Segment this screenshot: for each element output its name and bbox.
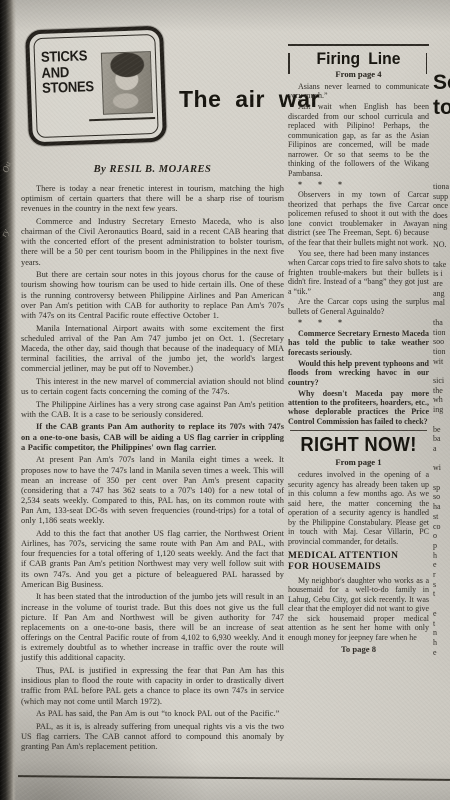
article-paragraph: This interest in the new marvel of comme… [21,377,284,397]
cutoff-fragment-line: sici [433,376,450,386]
logo-title: STICKS AND STONES [41,49,94,97]
logo-line: STICKS [41,49,93,66]
cutoff-fragment-line [433,308,450,318]
cutoff-fragment-line: n [433,628,450,638]
cutoff-fragment-line: is i [433,269,450,279]
cutoff-fragment-line: e [433,648,450,658]
medical-heading-line: MEDICAL ATTENTION [288,551,429,562]
cutoff-fragment-line: tion [433,328,450,338]
cutoff-fragment-line: ha [433,502,450,512]
cutoff-fragment-line: wit [433,357,450,367]
right-now-paragraph: cedures involved in the opening of a sec… [288,470,429,546]
firing-line-from-note: From page 4 [288,69,429,79]
article-paragraph: The Philippine Airlines has a very stron… [21,400,284,420]
logo-inner-frame: STICKS AND STONES [33,34,158,138]
newspaper-page: Ou ry STICKS AND STONES The air war By R… [0,0,450,800]
cutoff-fragment-line: t [433,589,450,599]
cutoff-fragment-line: h [433,638,450,648]
cutoff-headline: Son to [433,70,450,120]
cutoff-right-column: Son to tionasupponcedoesningNO.takeis ia… [433,58,450,768]
cutoff-fragment-line: tion [433,347,450,357]
firing-line-paragraph: Commerce Secretary Ernesto Maceda has to… [288,329,429,357]
cutoff-fragment-line [433,231,450,241]
cutoff-fragment-line: does [433,211,450,221]
cutoff-fragment-line: e [433,609,450,619]
cutoff-fragment-line: r [433,570,450,580]
gutter-fragment: ry [0,227,11,238]
cutoff-fragment-line: so [433,492,450,502]
page-bottom-rule [18,775,450,781]
article-paragraph: Add to this the fact that another US fla… [21,529,284,590]
firing-line-paragraph: Just wait when English has been discarde… [288,102,429,178]
article-paragraph: Manila International Airport awaits with… [21,324,284,375]
article-byline: By RESIL B. MOJARES [21,164,284,175]
cutoff-fragment-line: t [433,619,450,629]
article-paragraph: Thus, PAL is justified in expressing the… [21,666,284,707]
cutoff-fragment-line [433,599,450,609]
cutoff-fragment-line: e [433,560,450,570]
cutoff-fragment-line: once [433,201,450,211]
firing-line-body: Asians never learned to communicate very… [288,82,429,426]
right-now-title: RIGHT NOW! [294,434,424,457]
sticks-and-stones-logo: STICKS AND STONES [25,26,167,147]
cutoff-fragment-line: be [433,425,450,435]
cutoff-fragment-line: s [433,580,450,590]
cutoff-fragment-line: ing [433,405,450,415]
article-paragraph: As PAL has said, the Pan Am is out “to k… [21,709,284,719]
medical-body: My neighbor's daughter who works as a ho… [288,576,429,642]
column-masthead: STICKS AND STONES The air war [21,20,284,162]
logo-line: STONES [42,80,94,97]
firing-line-paragraph: * * * [288,318,429,327]
article-paragraph: But there are certain sour notes in this… [21,270,284,321]
columnist-photo [100,51,153,115]
cutoff-fragments: tionasupponcedoesningNO.takeis iareangma… [433,182,450,657]
firing-line-paragraph: Are the Carcar cops using the surplus bu… [288,297,429,316]
article-body: There is today a near frenetic interest … [21,184,284,752]
cutoff-fragment-line: wi [433,463,450,473]
section-divider [290,430,427,431]
article-paragraph: If the CAB grants Pan Am authority to re… [21,422,284,452]
medical-heading-line: FOR HOUSEMAIDS [288,562,429,573]
gutter-fragment: Ou [0,160,13,174]
cutoff-fragment-line: tha [433,318,450,328]
medical-attention-heading: MEDICAL ATTENTION FOR HOUSEMAIDS [288,551,429,573]
continued-on-page-note: To page 8 [288,644,429,654]
cutoff-fragment-line [433,473,450,483]
cutoff-fragment-line: take [433,260,450,270]
cutoff-fragment-line: h [433,551,450,561]
main-article-column: STICKS AND STONES The air war By RESIL B… [21,20,284,755]
cutoff-fragment-line: soo [433,337,450,347]
cutoff-fragment-line: st [433,512,450,522]
firing-line-paragraph: Observers in my town of Carcar theorized… [288,190,429,247]
cutoff-fragment-line: wh [433,395,450,405]
firing-line-paragraph: Would this help prevent typhoons and flo… [288,359,429,387]
cutoff-fragment-line: p [433,541,450,551]
cutoff-headline-line: to [433,95,450,120]
firing-line-header: Firing Line From page 4 [288,44,429,79]
firing-line-title: Firing Line [292,50,426,69]
cutoff-fragment-line: ning [433,221,450,231]
article-paragraph: Commerce and Industry Secretary Ernesto … [21,217,284,268]
firing-line-paragraph: Why doesn't Maceda pay more attention to… [288,389,429,427]
page-gutter: Ou ry [0,0,16,800]
cutoff-fragment-line [433,454,450,464]
cutoff-fragment-line: ang [433,289,450,299]
cutoff-fragment-line: co [433,522,450,532]
article-paragraph: PAL, as it is, is already suffering from… [21,722,284,752]
cutoff-fragment-line [433,250,450,260]
article-paragraph: At present Pan Am's 707s land in Manila … [21,455,284,526]
cutoff-fragment-line: sp [433,483,450,493]
cutoff-headline-line: Son [433,70,450,95]
firing-line-paragraph: You see, there had been many instances w… [288,249,429,296]
cutoff-fragment-line: o [433,531,450,541]
firing-line-paragraph: * * * [288,180,429,189]
right-now-from-note: From page 1 [288,457,429,467]
cutoff-fragment-line: NO. [433,240,450,250]
right-now-body: cedures involved in the opening of a sec… [288,470,429,546]
cutoff-fragment-line: ba [433,434,450,444]
cutoff-fragment-line: tiona [433,182,450,192]
article-paragraph: It has been stated that the introduction… [21,592,284,663]
cutoff-fragment-line: a [433,444,450,454]
cutoff-fragment-line: are [433,279,450,289]
middle-column: Firing Line From page 4 Asians never lea… [288,44,429,654]
cutoff-fragment-line [433,366,450,376]
cutoff-fragment-line [433,415,450,425]
firing-line-paragraph: Asians never learned to communicate very… [288,82,429,101]
medical-paragraph: My neighbor's daughter who works as a ho… [288,576,429,642]
cutoff-fragment-line: the [433,386,450,396]
cutoff-fragment-line: supp [433,192,450,202]
cutoff-fragment-line: mal [433,298,450,308]
article-paragraph: There is today a near frenetic interest … [21,184,284,214]
